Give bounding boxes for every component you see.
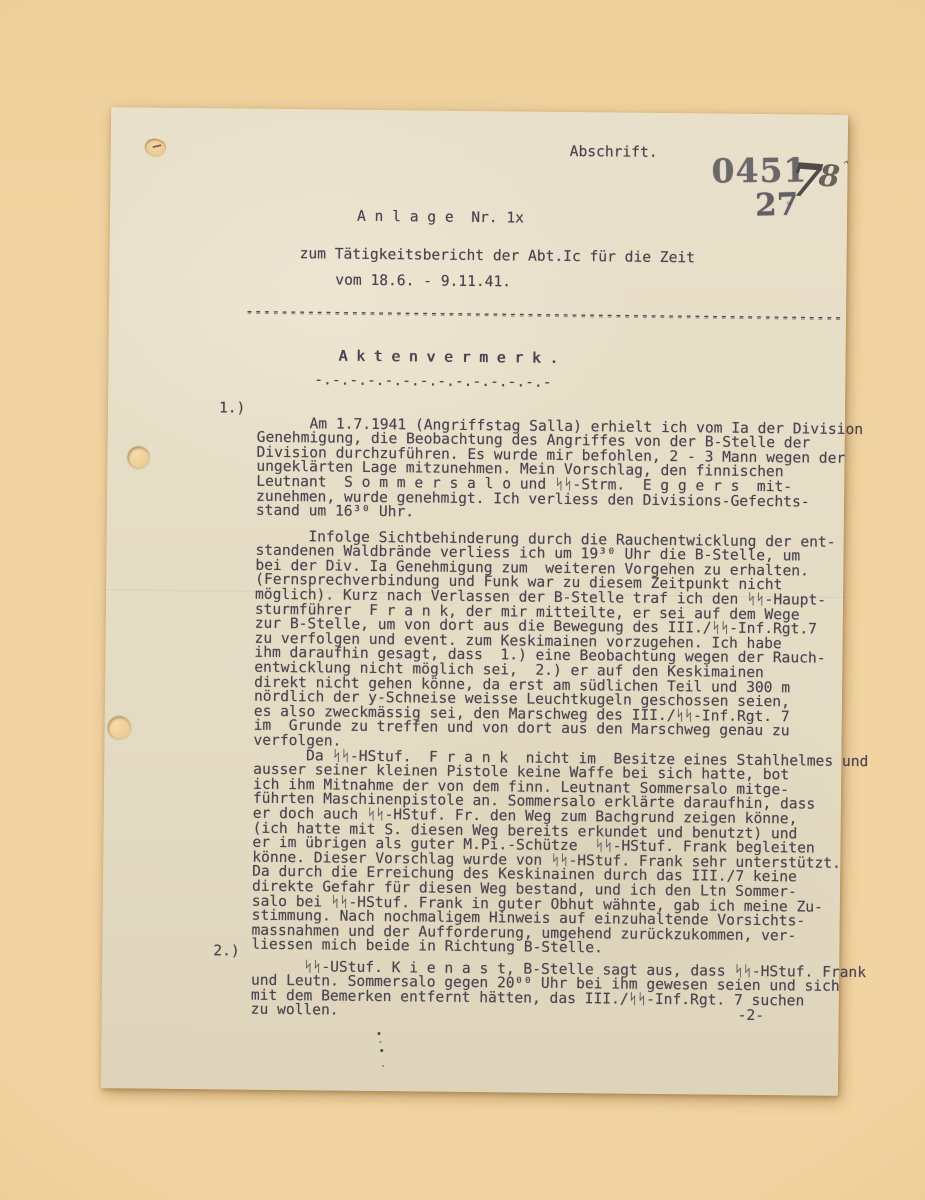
pencil-annotation: 78ˆ: [789, 156, 853, 207]
ink-speck: [379, 1041, 381, 1043]
memo-heading: A k t e n v e r m e r k .: [338, 350, 558, 367]
paragraph-text: ᛋᛋ-UStuf. K i e n a s t, B-Stelle sagt a…: [251, 958, 867, 1019]
paragraph-text: Am 1.7.1941 (Angriffstag Salla) erhielt …: [256, 415, 863, 521]
paragraph-text: Infolge Sichtbehinderung durch die Rauch…: [253, 528, 835, 750]
torn-hole: [142, 135, 168, 160]
paragraph-text: Da ᛋᛋ-HStuf. F r a n k nicht im Besitze …: [251, 747, 868, 957]
page-number: -2-: [738, 1009, 765, 1024]
memo-paragraph-3: Da ᛋᛋ-HStuf. F r a n k nicht im Besitze …: [251, 734, 857, 974]
ink-speck: [377, 1032, 380, 1035]
annex-title: A n l a g e Nr. 1x: [357, 210, 524, 226]
memo-paragraph-4: 2.)ᛋᛋ-UStuf. K i e n a s t, B-Stelle sag…: [250, 945, 855, 1039]
document-background: Abschrift. 0451 27 ʷ 78ˆ A n l a g e Nr.…: [0, 0, 925, 1200]
copy-label: Abschrift.: [570, 145, 658, 161]
punch-hole-bottom: [108, 716, 131, 739]
annex-date-range: vom 18.6. - 9.11.41.: [335, 274, 511, 290]
document-page: Abschrift. 0451 27 ʷ 78ˆ A n l a g e Nr.…: [101, 107, 848, 1096]
pencil-caret-mark: ˆ: [840, 158, 849, 178]
paragraph-number: 2.): [213, 944, 240, 959]
ink-speck: [380, 1049, 383, 1052]
punch-hole-top: [127, 446, 149, 468]
ink-speck: [382, 1065, 384, 1067]
paragraph-number: 1.): [219, 401, 246, 416]
header-divider-line: ----------------------------------------…: [245, 305, 849, 326]
pencil-digit-8: 8: [817, 158, 841, 195]
memo-paragraph-2: Infolge Sichtbehinderung durch die Rauch…: [253, 515, 860, 769]
annex-subtitle: zum Tätigkeitsbericht der Abt.Ic für die…: [300, 247, 696, 266]
memo-heading-underline: -.-.-.-.-.-.-.-.-.-.-.-.-.-: [314, 373, 551, 390]
